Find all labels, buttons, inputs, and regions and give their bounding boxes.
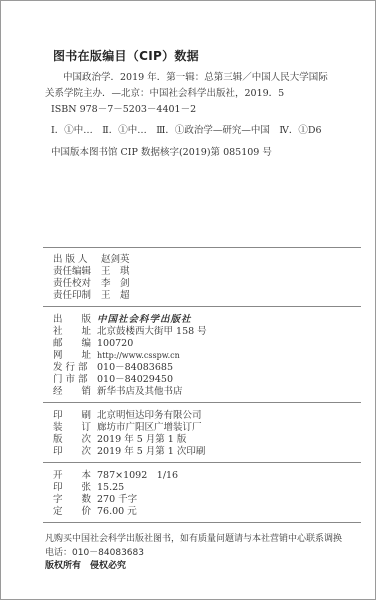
staff-value: 赵剑英 <box>101 254 130 266</box>
divider <box>43 306 361 307</box>
publishing-row-publisher: 出 版中国社会科学出版社 <box>53 314 192 326</box>
publishing-row-postcode: 邮 编100720 <box>53 338 133 350</box>
copyright-notice: 版权所有 侵权必究 <box>45 558 126 571</box>
publishing-row-distribution: 发 行 部010－84083685 <box>53 362 173 374</box>
quality-notice: 凡购买中国社会科学出版社图书，如有质量问题请与本社营销中心联系调换 <box>45 531 342 544</box>
publishing-row-distributor: 经 销新华书店及其他书店 <box>53 386 183 398</box>
publishing-label: 发 行 部 <box>53 362 97 374</box>
staff-row-editor: 责任编辑王 琪 <box>53 266 130 278</box>
printing-label: 装 订 <box>53 422 97 434</box>
publishing-label: 网 址 <box>53 350 97 362</box>
printing-value: 廊坊市广阳区广增装订厂 <box>97 422 202 434</box>
specs-value: 270 千字 <box>97 494 137 506</box>
printing-value: 北京明恒达印务有限公司 <box>97 410 202 422</box>
printing-row-edition: 版 次2019 年 5 月第 1 版 <box>53 434 186 446</box>
printing-label: 版 次 <box>53 434 97 446</box>
publishing-row-retail: 门 市 部010－84029450 <box>53 374 173 386</box>
divider <box>43 462 361 463</box>
staff-label: 责任校对 <box>53 278 101 290</box>
publishing-label: 社 址 <box>53 326 97 338</box>
staff-row-printing-manager: 责任印制王 超 <box>53 290 130 302</box>
website-value: http://www.csspw.cn <box>97 350 180 362</box>
printing-row-impression: 印 次2019 年 5 月第 1 次印刷 <box>53 446 205 458</box>
printing-value: 2019 年 5 月第 1 版 <box>97 434 186 446</box>
publishing-value: 100720 <box>97 338 133 350</box>
publishing-value: 010－84029450 <box>97 374 173 386</box>
isbn-line: ISBN 978－7－5203－4401－2 <box>51 101 196 115</box>
publishing-value: 新华书店及其他书店 <box>97 386 183 398</box>
specs-value: 76.00 元 <box>97 506 137 518</box>
publishing-label: 经 销 <box>53 386 97 398</box>
publishing-value: 010－84083685 <box>97 362 173 374</box>
cip-record-number: 中国版本图书馆 CIP 数据核字(2019)第 085109 号 <box>51 144 272 158</box>
staff-value: 李 剑 <box>101 278 130 290</box>
copyright-page: 图书在版编目（CIP）数据 中国政治学．2019 年．第一辑：总第三辑／中国人民… <box>0 0 376 600</box>
specs-value: 787×1092 1/16 <box>97 470 178 482</box>
printing-row-printer: 印 刷北京明恒达印务有限公司 <box>53 410 202 422</box>
staff-label: 责任印制 <box>53 290 101 302</box>
specs-label: 开 本 <box>53 470 97 482</box>
cip-line-2: 关系学院主办．—北京：中国社会科学出版社，2019．5 <box>45 85 284 99</box>
specs-row-format: 开 本787×1092 1/16 <box>53 470 178 482</box>
specs-label: 字 数 <box>53 494 97 506</box>
cip-title: 图书在版编目（CIP）数据 <box>53 47 199 64</box>
staff-row-publisher: 出 版 人赵剑英 <box>53 254 130 266</box>
divider <box>43 522 361 523</box>
staff-value: 王 超 <box>101 290 130 302</box>
publishing-label: 门 市 部 <box>53 374 97 386</box>
classification-line: Ⅰ．①中… Ⅱ．①中… Ⅲ．①政治学—研究—中国 Ⅳ．①D6 <box>51 122 322 136</box>
publishing-label: 邮 编 <box>53 338 97 350</box>
staff-label: 责任编辑 <box>53 266 101 278</box>
specs-row-price: 定 价76.00 元 <box>53 506 137 518</box>
specs-row-sheets: 印 张15.25 <box>53 482 124 494</box>
specs-label: 印 张 <box>53 482 97 494</box>
printing-label: 印 刷 <box>53 410 97 422</box>
specs-value: 15.25 <box>97 482 124 494</box>
contact-phone: 电话：010－84083683 <box>45 545 144 558</box>
staff-row-proofreader: 责任校对李 剑 <box>53 278 130 290</box>
cip-line-1: 中国政治学．2019 年．第一辑：总第三辑／中国人民大学国际 <box>63 69 328 83</box>
publishing-value: 北京鼓楼西大街甲 158 号 <box>97 326 207 338</box>
specs-label: 定 价 <box>53 506 97 518</box>
divider <box>43 247 361 248</box>
divider <box>43 402 361 403</box>
publishing-row-address: 社 址北京鼓楼西大街甲 158 号 <box>53 326 207 338</box>
publishing-row-website: 网 址http://www.csspw.cn <box>53 350 180 362</box>
printing-label: 印 次 <box>53 446 97 458</box>
staff-label: 出 版 人 <box>53 254 101 266</box>
publisher-name: 中国社会科学出版社 <box>97 314 192 326</box>
specs-row-word-count: 字 数270 千字 <box>53 494 137 506</box>
printing-value: 2019 年 5 月第 1 次印刷 <box>97 446 205 458</box>
staff-value: 王 琪 <box>101 266 130 278</box>
publishing-label: 出 版 <box>53 314 97 326</box>
printing-row-binding: 装 订廊坊市广阳区广增装订厂 <box>53 422 202 434</box>
